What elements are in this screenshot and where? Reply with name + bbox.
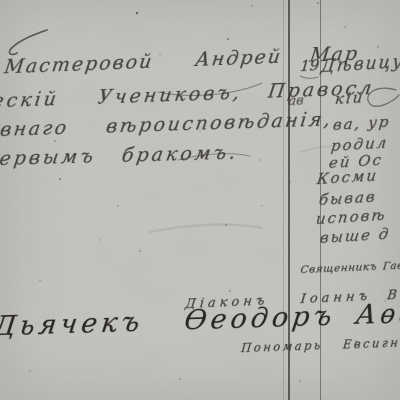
right-column-line-1: Дѣвицу xyxy=(320,52,400,77)
flourish-top-left xyxy=(9,30,47,54)
entry-line-4: первымъ бракомъ. xyxy=(0,141,240,170)
right-column-line-2: кій xyxy=(334,88,365,108)
priest-signature: Священникъ Гавріи xyxy=(300,259,400,276)
manuscript-page: Мастеровой Андрей Мар 19 ав ескій Ученик… xyxy=(0,0,400,400)
right-column-line-3: ва, ур xyxy=(332,112,391,134)
ghost-smudge xyxy=(150,225,262,232)
right-column-line-6: Косми xyxy=(316,166,379,188)
right-column-line-9: выше д xyxy=(319,225,391,247)
ponomar-signature: Пономарь Евсигні xyxy=(241,335,400,355)
middle-column-number: 19 xyxy=(299,56,320,75)
